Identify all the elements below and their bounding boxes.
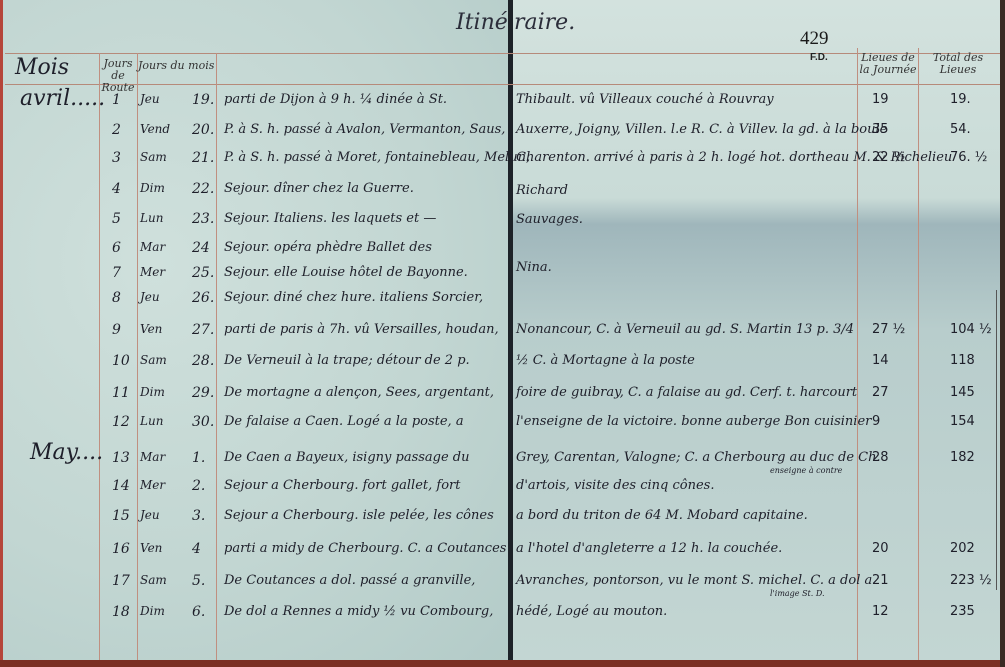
journey-text-left: De dol a Rennes a midy ½ vu Combourg, — [224, 604, 493, 619]
route-day-number: 1 — [112, 92, 121, 108]
cumulative-leagues: 54. — [950, 122, 971, 137]
route-day-number: 10 — [112, 353, 130, 369]
month-date: 27. — [192, 322, 214, 338]
journey-text-right: Nina. — [516, 260, 552, 275]
journey-text-left: De falaise a Caen. Logé a la poste, a — [224, 414, 464, 429]
month-date: 19. — [192, 92, 214, 108]
cumulative-leagues: 19. — [950, 92, 971, 107]
daily-leagues: 20 — [872, 541, 889, 556]
weekday: Dim — [140, 385, 165, 399]
journey-text-left: Sejour. dîner chez la Guerre. — [224, 181, 414, 196]
weekday: Jeu — [140, 290, 160, 304]
daily-leagues: 14 — [872, 353, 889, 368]
page-title-left: Itiné — [456, 10, 508, 35]
route-day-number: 9 — [112, 322, 121, 338]
month-date: 4 — [192, 541, 201, 557]
cumulative-leagues: 223 ½ — [950, 573, 992, 588]
journey-text-right: a l'hotel d'angleterre a 12 h. la couché… — [516, 541, 782, 556]
column-divider-mois — [99, 53, 100, 660]
daily-leagues: 12 — [872, 604, 889, 619]
header-mois: Mois — [15, 55, 69, 80]
month-date: 2. — [192, 478, 205, 494]
route-day-number: 5 — [112, 211, 121, 227]
archive-stamp: F.D. — [810, 52, 828, 63]
column-divider-jours-mois — [216, 53, 217, 660]
daily-leagues: 27 ½ — [872, 322, 905, 337]
journey-text-left: De Caen a Bayeux, isigny passage du — [224, 450, 470, 465]
weekday: Mar — [140, 450, 165, 464]
journey-text-left: P. à S. h. passé à Moret, fontainebleau,… — [224, 150, 530, 165]
journey-text-right: foire de guibray, C. a falaise au gd. Ce… — [516, 385, 857, 400]
cumulative-leagues: 76. ½ — [950, 150, 987, 165]
route-day-number: 6 — [112, 240, 121, 256]
month-date: 26. — [192, 290, 214, 306]
route-day-number: 7 — [112, 265, 121, 281]
weekday: Jeu — [140, 92, 160, 106]
weekday: Mer — [140, 478, 165, 492]
daily-leagues: 19 — [872, 92, 889, 107]
journey-text-left: Sejour. diné chez hure. italiens Sorcier… — [224, 290, 483, 305]
month-date: 22. — [192, 181, 214, 197]
weekday: Jeu — [140, 508, 160, 522]
route-day-number: 15 — [112, 508, 130, 524]
month-label-may: May.... — [30, 440, 103, 465]
open-ledger-book: Itiné raire. 429 F.D. Mois Jours de Rout… — [0, 0, 1005, 667]
cumulative-leagues: 145 — [950, 385, 975, 400]
route-day-number: 12 — [112, 414, 130, 430]
route-day-number: 16 — [112, 541, 130, 557]
header-total-lieues: Total des Lieues — [920, 52, 996, 76]
weekday: Lun — [140, 211, 163, 225]
daily-leagues: 28 — [872, 450, 889, 465]
journey-note: l'image St. D. — [770, 589, 825, 598]
month-date: 25. — [192, 265, 214, 281]
cumulative-leagues: 202 — [950, 541, 975, 556]
journey-text-left: parti de paris à 7h. vû Versailles, houd… — [224, 322, 499, 337]
month-date: 20. — [192, 122, 214, 138]
month-date: 23. — [192, 211, 214, 227]
column-divider-lieues — [857, 48, 858, 660]
month-date: 29. — [192, 385, 214, 401]
month-date: 28. — [192, 353, 214, 369]
book-binding — [508, 0, 513, 667]
daily-leagues: 21 — [872, 573, 889, 588]
month-date: 5. — [192, 573, 205, 589]
route-day-number: 8 — [112, 290, 121, 306]
weekday: Sam — [140, 573, 167, 587]
daily-leagues: 22 ½ — [872, 150, 905, 165]
daily-leagues: 27 — [872, 385, 889, 400]
weekday: Vend — [140, 122, 170, 136]
route-day-number: 2 — [112, 122, 121, 138]
journey-text-right: Thibault. vû Villeaux couché à Rouvray — [516, 92, 774, 107]
journey-text-left: Sejour a Cherbourg. isle pelée, les cône… — [224, 508, 494, 523]
journey-text-right: ½ C. à Mortagne à la poste — [516, 353, 695, 368]
route-day-number: 3 — [112, 150, 121, 166]
daily-leagues: 9 — [872, 414, 880, 429]
page-title-right: raire. — [514, 10, 575, 35]
header-lieues-journee: Lieues de la Journée — [858, 52, 918, 76]
book-edge-bottom — [0, 660, 1005, 667]
route-day-number: 13 — [112, 450, 130, 466]
weekday: Sam — [140, 150, 167, 164]
weekday: Sam — [140, 353, 167, 367]
column-divider-total — [918, 48, 919, 660]
journey-text-left: parti de Dijon à 9 h. ¼ dinée à St. — [224, 92, 447, 107]
route-day-number: 18 — [112, 604, 130, 620]
cumulative-leagues: 182 — [950, 450, 975, 465]
book-edge-right — [1000, 0, 1005, 667]
header-jours-mois: Jours du mois — [138, 60, 214, 72]
weekday: Mar — [140, 240, 165, 254]
cumulative-leagues: 154 — [950, 414, 975, 429]
journey-text-left: De mortagne a alençon, Sees, argentant, — [224, 385, 494, 400]
weekday: Mer — [140, 265, 165, 279]
route-day-number: 14 — [112, 478, 130, 494]
journey-text-left: Sejour a Cherbourg. fort gallet, fort — [224, 478, 460, 493]
journey-text-left: De Coutances a dol. passé a granville, — [224, 573, 475, 588]
journey-text-right: a bord du triton de 64 M. Mobard capitai… — [516, 508, 808, 523]
weekday: Ven — [140, 541, 162, 555]
journey-text-right: d'artois, visite des cinq cônes. — [516, 478, 714, 493]
weekday: Dim — [140, 604, 165, 618]
column-divider-jours-route — [137, 53, 138, 660]
journey-text-left: Sejour. opéra phèdre Ballet des — [224, 240, 432, 255]
month-date: 6. — [192, 604, 205, 620]
cumulative-leagues: 118 — [950, 353, 975, 368]
journey-text-right: Grey, Carentan, Valogne; C. a Cherbourg … — [516, 450, 881, 465]
month-date: 3. — [192, 508, 205, 524]
month-date: 30. — [192, 414, 214, 430]
header-rule-bottom — [5, 84, 1000, 85]
journey-text-right: Sauvages. — [516, 212, 583, 227]
journey-text-right: Auxerre, Joigny, Villen. l.e R. C. à Vil… — [516, 122, 887, 137]
daily-leagues: 35 — [872, 122, 889, 137]
journey-text-left: Sejour. elle Louise hôtel de Bayonne. — [224, 265, 468, 280]
month-date: 1. — [192, 450, 205, 466]
weekday: Dim — [140, 181, 165, 195]
journey-text-right: hédé, Logé au mouton. — [516, 604, 667, 619]
journey-note: enseigne à contre — [770, 466, 842, 475]
weekday: Ven — [140, 322, 162, 336]
journey-text-left: P. à S. h. passé à Avalon, Vermanton, Sa… — [224, 122, 505, 137]
month-date: 21. — [192, 150, 214, 166]
cumulative-leagues: 104 ½ — [950, 322, 992, 337]
route-day-number: 4 — [112, 181, 121, 197]
journey-text-left: parti a midy de Cherbourg. C. a Coutance… — [224, 541, 506, 556]
journey-text-right: Nonancour, C. à Verneuil au gd. S. Marti… — [516, 322, 854, 337]
month-date: 24 — [192, 240, 210, 256]
header-rule-top — [5, 53, 1000, 54]
month-label-avril: avril..... — [20, 86, 105, 111]
header-jours-route: Jours de Route — [100, 58, 136, 94]
page-number: 429 — [800, 28, 829, 50]
weekday: Lun — [140, 414, 163, 428]
journey-text-left: De Verneuil à la trape; détour de 2 p. — [224, 353, 470, 368]
route-day-number: 11 — [112, 385, 130, 401]
route-day-number: 17 — [112, 573, 130, 589]
cumulative-leagues: 235 — [950, 604, 975, 619]
fraction-margin-line — [996, 290, 997, 590]
journey-text-right: Richard — [516, 183, 568, 198]
journey-text-right: l'enseigne de la victoire. bonne auberge… — [516, 414, 871, 429]
journey-text-right: Avranches, pontorson, vu le mont S. mich… — [516, 573, 872, 588]
journey-text-left: Sejour. Italiens. les laquets et — — [224, 211, 436, 226]
